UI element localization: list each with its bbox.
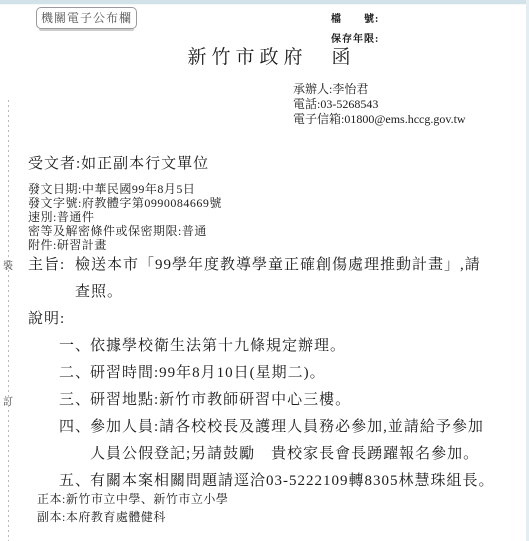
recipient-line: 受文者:如正副本行文單位 — [28, 152, 222, 173]
speed-line: 速別:普通件 — [28, 210, 222, 224]
description-items: 一、 依據學校衛生法第十九條規定辦理。 二、 研習時間:99年8月10日(星期二… — [59, 333, 520, 495]
item-number: 一、 — [59, 333, 90, 360]
description-label: 說明: — [28, 306, 520, 333]
contact-email: 電子信箱:01800@ems.hccg.gov.tw — [293, 112, 466, 127]
footer-block: 正本:新竹市立中學、新竹市立小學 副本:本府教育處體健科 — [37, 490, 228, 526]
subject-label: 主旨: — [28, 252, 75, 279]
item-line: 研習地點:新竹市教師研習中心三樓。 — [90, 387, 520, 414]
document-title: 新竹市政府 函 — [0, 42, 529, 69]
footer-copy: 副本:本府教育處體健科 — [37, 508, 228, 526]
footer-original: 正本:新竹市立中學、新竹市立小學 — [37, 490, 228, 508]
doc-number-line: 發文字號:府教體字第0990084669號 — [28, 196, 222, 210]
contact-block: 承辦人:李怡君 電話:03-5268543 電子信箱:01800@ems.hcc… — [293, 82, 466, 127]
document-body: 主旨: 檢送本市「99學年度教導學童正確創傷處理推動計畫」,請 查照。 說明: … — [28, 252, 520, 495]
attachment-line: 附件:研習計畫 — [28, 238, 222, 252]
item-line: 人員公假登記;另請鼓勵 貴校家長會長踴躍報名參加。 — [90, 441, 520, 468]
item-number: 三、 — [59, 387, 90, 414]
description-item: 四、 參加人員:請各校校長及護理人員務必參加,並請給予參加 人員公假登記;另請鼓… — [59, 414, 520, 468]
contact-phone: 電話:03-5268543 — [293, 97, 466, 112]
binding-dotted-line — [8, 100, 9, 541]
item-number: 二、 — [59, 360, 90, 387]
bulletin-board-button[interactable]: 機關電子公布欄 — [36, 7, 137, 29]
subject-row: 主旨: 檢送本市「99學年度教導學童正確創傷處理推動計畫」,請 查照。 — [28, 252, 520, 306]
description-item: 二、 研習時間:99年8月10日(星期二)。 — [59, 360, 520, 387]
page: 機關電子公布欄 檔 號: 保存年限: 新竹市政府 函 承辦人:李怡君 電話:03… — [0, 0, 529, 541]
description-item: 三、 研習地點:新竹市教師研習中心三樓。 — [59, 387, 520, 414]
binding-mark-zhuang: 裝 — [3, 257, 13, 272]
description-item: 一、 依據學校衛生法第十九條規定辦理。 — [59, 333, 520, 360]
meta-block: 受文者:如正副本行文單位 發文日期:中華民國99年8月5日 發文字號:府教體字第… — [28, 152, 222, 252]
subject-line-2: 查照。 — [75, 279, 520, 306]
item-line: 研習時間:99年8月10日(星期二)。 — [90, 360, 520, 387]
subject-line-1: 檢送本市「99學年度教導學童正確創傷處理推動計畫」,請 — [75, 252, 520, 279]
item-number: 四、 — [59, 414, 90, 441]
issue-date-line: 發文日期:中華民國99年8月5日 — [28, 182, 222, 196]
security-line: 密等及解密條件或保密期限:普通 — [28, 224, 222, 238]
binding-mark-ding: 訂 — [3, 393, 13, 408]
contact-person: 承辦人:李怡君 — [293, 82, 466, 97]
item-line: 參加人員:請各校校長及護理人員務必參加,並請給予參加 — [90, 414, 520, 441]
item-line: 依據學校衛生法第十九條規定辦理。 — [90, 333, 520, 360]
file-number-label: 檔 號: — [331, 10, 379, 30]
top-edge-strip — [0, 0, 529, 5]
